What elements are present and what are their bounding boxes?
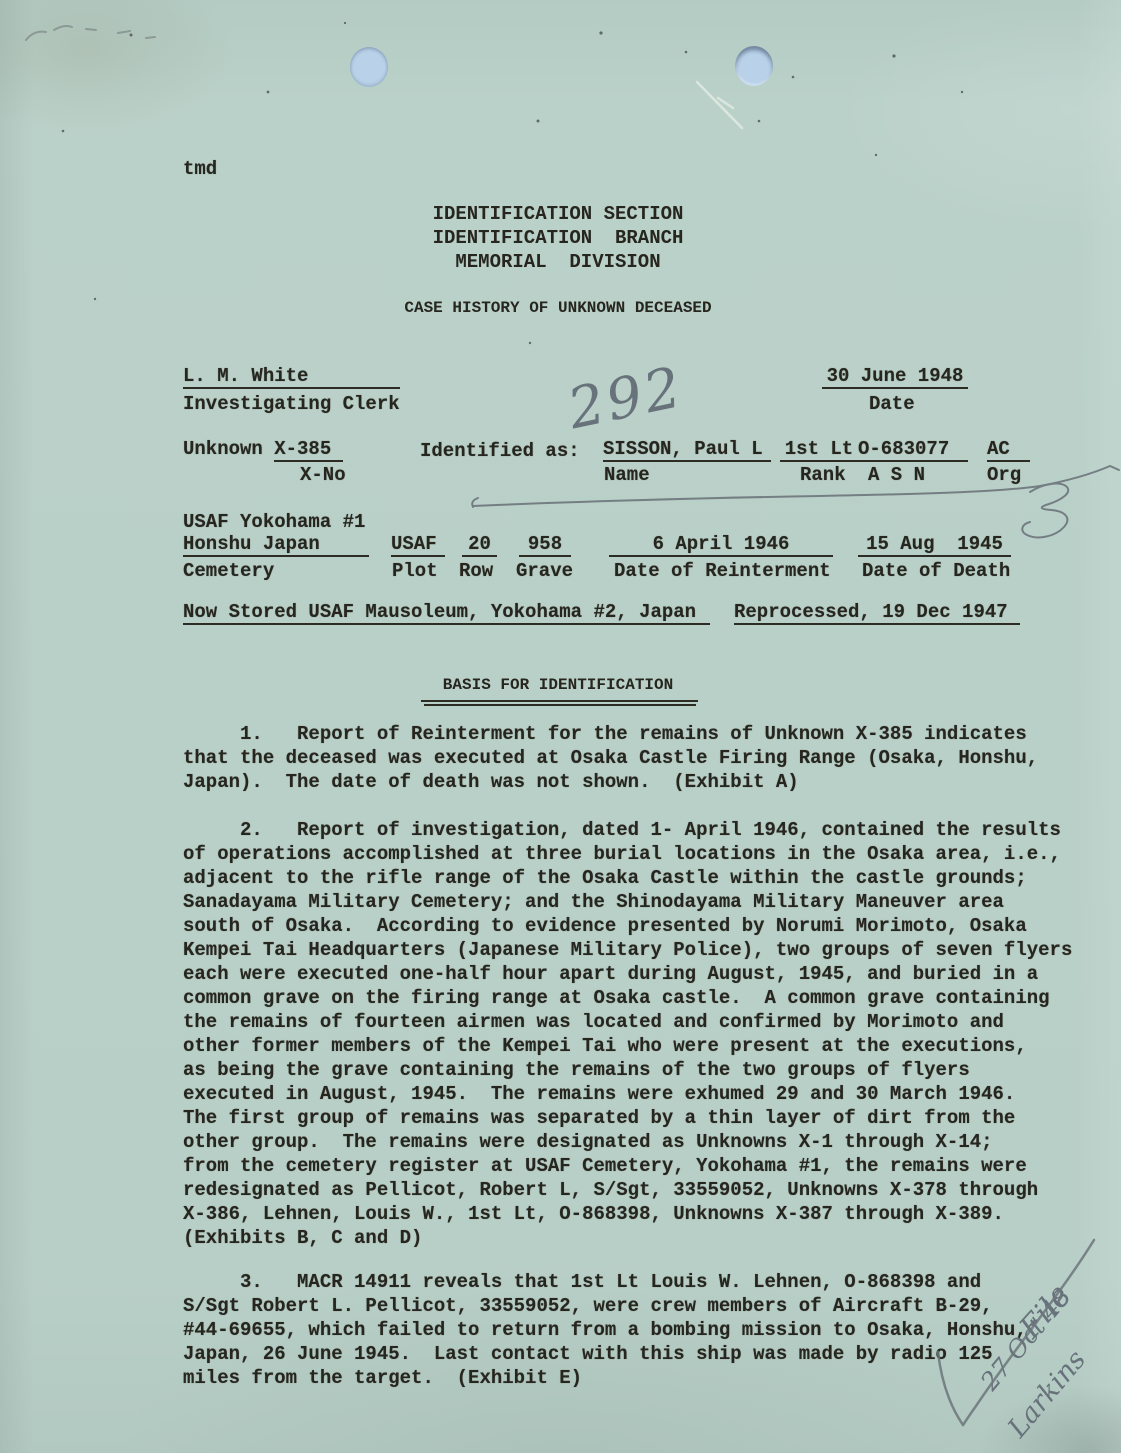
paper-specks xyxy=(62,22,964,344)
date-label: Date xyxy=(869,392,915,416)
org-header: IDENTIFICATION SECTION IDENTIFICATION BR… xyxy=(373,202,743,274)
paragraph-2: 2. Report of investigation, dated 1- Apr… xyxy=(183,818,1072,1250)
rank-label: Rank xyxy=(800,463,846,487)
pencil-scribble-topleft xyxy=(26,26,155,40)
asn-label: A S N xyxy=(868,463,925,487)
paragraph-3: 3. MACR 14911 reveals that 1st Lt Louis … xyxy=(183,1270,1027,1390)
grave-value: 958 xyxy=(519,534,571,557)
death-date-label: Date of Death xyxy=(862,559,1010,583)
unknown-field: Unknown X-385 xyxy=(183,439,343,462)
reinterment-date-value: 6 April 1946 xyxy=(609,534,833,557)
paragraph-1: 1. Report of Reinterment for the remains… xyxy=(183,722,1038,794)
investigator-name: L. M. White xyxy=(183,366,400,389)
heading-underline-2 xyxy=(424,704,696,706)
cemetery-location: Honshu Japan xyxy=(183,534,369,557)
pencil-underline-stroke xyxy=(472,466,1119,537)
org-line-branch: IDENTIFICATION BRANCH xyxy=(373,226,743,250)
typist-initials: tmd xyxy=(183,157,217,181)
reprocessed-line: Reprocessed, 19 Dec 1947 xyxy=(734,602,1020,625)
row-value: 20 xyxy=(462,534,497,557)
punch-hole-left xyxy=(350,47,388,87)
paper-scratch xyxy=(697,82,742,128)
org-line-section: IDENTIFICATION SECTION xyxy=(373,202,743,226)
identified-name-value: SISSON, Paul L xyxy=(603,439,771,462)
x-number-value: X-385 xyxy=(274,439,343,462)
punch-hole-right xyxy=(735,46,773,86)
name-label: Name xyxy=(604,463,650,487)
unknown-label: Unknown xyxy=(183,438,274,460)
reinterment-date-label: Date of Reinterment xyxy=(614,559,831,583)
section-heading: BASIS FOR IDENTIFICATION xyxy=(373,676,743,694)
investigator-role: Investigating Clerk xyxy=(183,392,400,416)
org-line-division: MEMORIAL DIVISION xyxy=(373,250,743,274)
cemetery-label: Cemetery xyxy=(183,559,274,583)
identified-as-label: Identified as: xyxy=(420,439,580,463)
cemetery-name: USAF Yokohama #1 xyxy=(183,510,365,534)
document-title: CASE HISTORY OF UNKNOWN DECEASED xyxy=(373,299,743,317)
x-number-label: X-No xyxy=(300,463,346,487)
handwritten-page-number: 292 xyxy=(563,355,690,443)
rank-value: 1st Lt xyxy=(780,439,858,462)
plot-value: USAF xyxy=(391,534,445,557)
row-label: Row xyxy=(459,559,493,583)
document-date: 30 June 1948 xyxy=(822,366,968,389)
org-value: AC xyxy=(987,439,1030,462)
grave-label: Grave xyxy=(516,559,573,583)
scanned-document-page: tmd IDENTIFICATION SECTION IDENTIFICATIO… xyxy=(0,0,1121,1453)
plot-label: Plot xyxy=(392,559,438,583)
org-label: Org xyxy=(987,463,1021,487)
asn-value: O-683077 xyxy=(858,439,968,462)
death-date-value: 15 Aug 1945 xyxy=(858,534,1011,557)
heading-underline xyxy=(421,700,698,702)
storage-line: Now Stored USAF Mausoleum, Yokohama #2, … xyxy=(183,602,710,625)
